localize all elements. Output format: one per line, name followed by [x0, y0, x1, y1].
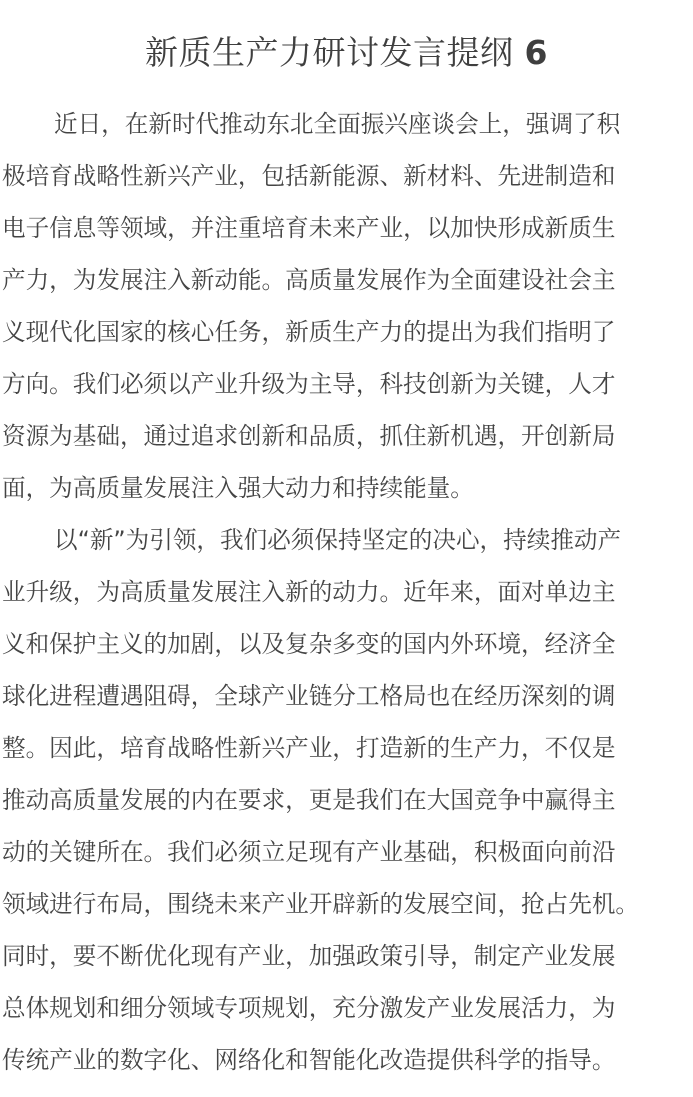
text-line: 近日，在新时代推动东北全面振兴座谈会上，强调了积 [2, 98, 693, 150]
text-line: 产力，为发展注入新动能。高质量发展作为全面建设社会主 [2, 254, 693, 306]
text-line: 整。因此，培育战略性新兴产业，打造新的生产力，不仅是 [2, 722, 693, 774]
text-line: 业升级，为高质量发展注入新的动力。近年来，面对单边主 [2, 566, 693, 618]
text-line: 面，为高质量发展注入强大动力和持续能量。 [2, 462, 693, 514]
text-line: 资源为基础，通过追求创新和品质，抓住新机遇，开创新局 [2, 410, 693, 462]
text-line: 电子信息等领域，并注重培育未来产业，以加快形成新质生 [2, 202, 693, 254]
text-line: 方向。我们必须以产业升级为主导，科技创新为关键，人才 [2, 358, 693, 410]
text-line: 动的关键所在。我们必须立足现有产业基础，积极面向前沿 [2, 826, 693, 878]
text-line: 义和保护主义的加剧，以及复杂多变的国内外环境，经济全 [2, 618, 693, 670]
text-line: 同时，要不断优化现有产业，加强政策引导，制定产业发展 [2, 930, 693, 982]
document-title: 新质生产力研讨发言提纲 6 [0, 0, 693, 93]
text-line: 以“新”为引领，我们必须保持坚定的决心，持续推动产 [2, 514, 693, 566]
text-line: 传统产业的数字化、网络化和智能化改造提供科学的指导。 [2, 1034, 693, 1086]
text-line: 领域进行布局，围绕未来产业开辟新的发展空间，抢占先机。 [2, 878, 693, 930]
document-title-text: 新质生产力研讨发言提纲 [145, 33, 514, 72]
document-title-number: 6 [525, 33, 548, 72]
text-line: 极培育战略性新兴产业，包括新能源、新材料、先进制造和 [2, 150, 693, 202]
text-line: 球化进程遭遇阻碍，全球产业链分工格局也在经历深刻的调 [2, 670, 693, 722]
document-body: 近日，在新时代推动东北全面振兴座谈会上，强调了积 极培育战略性新兴产业，包括新能… [0, 98, 693, 1086]
text-line: 推动高质量发展的内在要求，更是我们在大国竞争中赢得主 [2, 774, 693, 826]
text-line: 总体规划和细分领域专项规划，充分激发产业发展活力，为 [2, 982, 693, 1034]
text-line: 义现代化国家的核心任务，新质生产力的提出为我们指明了 [2, 306, 693, 358]
